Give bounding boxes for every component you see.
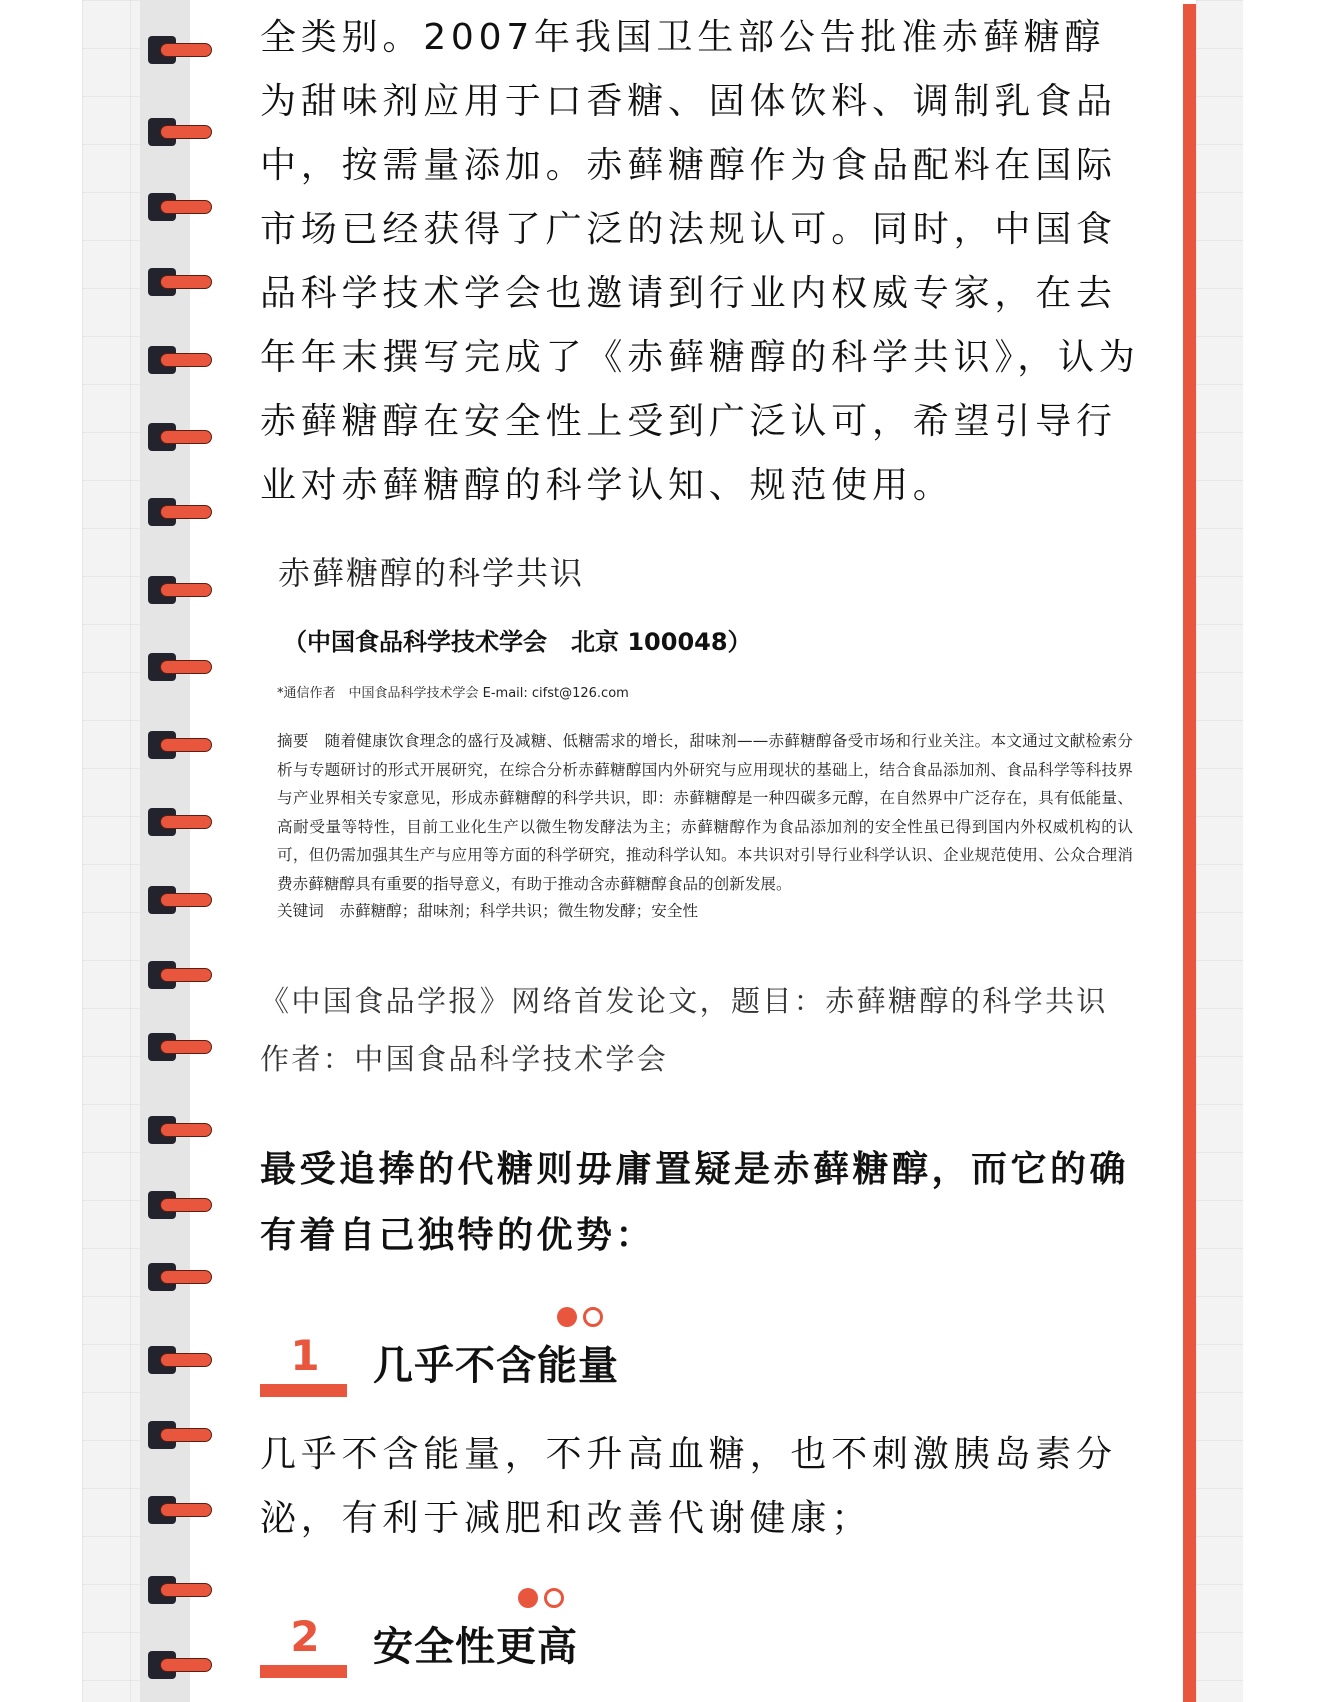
- ring-wire-icon: [160, 353, 212, 367]
- ring-wire-icon: [160, 893, 212, 907]
- paper-correspondence: *通信作者 中国食品科学技术学会 E-mail: cifst@126.com: [277, 682, 629, 701]
- binding-ring-icon: [148, 1421, 214, 1449]
- filled-dot-icon: [557, 1307, 577, 1327]
- binding-ring-icon: [148, 886, 214, 914]
- paper-affiliation: （中国食品科学技术学会 北京 100048）: [283, 622, 752, 657]
- ring-wire-icon: [160, 1353, 212, 1367]
- lead-heading: 最受追捧的代糖则毋庸置疑是赤藓糖醇，而它的确有着自己独特的优势：: [260, 1137, 1145, 1269]
- accent-border: [1183, 4, 1196, 1702]
- binding-ring-icon: [148, 1191, 214, 1219]
- binding-ring-icon: [148, 498, 214, 526]
- binding-ring-icon: [148, 1263, 214, 1291]
- paper-texture-left: [82, 0, 140, 1702]
- paper-keywords: 关键词 赤藓糖醇；甜味剂；科学共识；微生物发酵；安全性: [277, 899, 698, 921]
- ring-wire-icon: [160, 200, 212, 214]
- binding-ring-icon: [148, 346, 214, 374]
- binding-ring-icon: [148, 193, 214, 221]
- intro-paragraph: 全类别。2007年我国卫生部公告批准赤藓糖醇为甜味剂应用于口香糖、固体饮料、调制…: [260, 6, 1140, 518]
- ring-wire-icon: [160, 1583, 212, 1597]
- ring-dot-icon: [544, 1588, 564, 1608]
- section-number: 1: [290, 1332, 320, 1380]
- ring-wire-icon: [160, 1198, 212, 1212]
- ring-wire-icon: [160, 1270, 212, 1284]
- ring-wire-icon: [160, 1123, 212, 1137]
- section-header-1: 1 几乎不含能量: [260, 1332, 760, 1412]
- ring-wire-icon: [160, 968, 212, 982]
- section-underline: [260, 1665, 347, 1678]
- ring-wire-icon: [160, 660, 212, 674]
- image-caption: 《中国食品学报》网络首发论文，题目：赤藓糖醇的科学共识 作者：中国食品科学技术学…: [260, 972, 1140, 1088]
- filled-dot-icon: [518, 1588, 538, 1608]
- paper-abstract: 摘要 随着健康饮食理念的盛行及减糖、低糖需求的增长，甜味剂——赤藓糖醇备受市场和…: [277, 727, 1133, 898]
- section-underline: [260, 1384, 347, 1397]
- binding-ring-icon: [148, 1576, 214, 1604]
- binding-ring-icon: [148, 731, 214, 759]
- section-title: 几乎不含能量: [373, 1342, 619, 1390]
- section-header-2: 2 安全性更高: [260, 1613, 760, 1693]
- binding-ring-icon: [148, 423, 214, 451]
- ring-wire-icon: [160, 1658, 212, 1672]
- binding-ring-icon: [148, 1116, 214, 1144]
- ring-wire-icon: [160, 505, 212, 519]
- binding-ring-icon: [148, 961, 214, 989]
- ring-wire-icon: [160, 1428, 212, 1442]
- ring-wire-icon: [160, 275, 212, 289]
- paper-texture-right: [1196, 0, 1243, 1702]
- ring-wire-icon: [160, 583, 212, 597]
- binding-ring-icon: [148, 36, 214, 64]
- section-number: 2: [290, 1613, 320, 1661]
- binding-ring-icon: [148, 268, 214, 296]
- binding-ring-icon: [148, 1496, 214, 1524]
- ring-dot-icon: [583, 1307, 603, 1327]
- binding-ring-icon: [148, 576, 214, 604]
- ring-wire-icon: [160, 1040, 212, 1054]
- section-body-1: 几乎不含能量，不升高血糖，也不刺激胰岛素分泌，有利于减肥和改善代谢健康；: [260, 1423, 1140, 1551]
- ring-wire-icon: [160, 125, 212, 139]
- binding-ring-icon: [148, 1346, 214, 1374]
- ring-wire-icon: [160, 1503, 212, 1517]
- ring-wire-icon: [160, 815, 212, 829]
- ring-wire-icon: [160, 430, 212, 444]
- ring-wire-icon: [160, 738, 212, 752]
- binding-ring-icon: [148, 1033, 214, 1061]
- ring-wire-icon: [160, 43, 212, 57]
- binding-ring-icon: [148, 1651, 214, 1679]
- binding-ring-icon: [148, 808, 214, 836]
- binding-ring-icon: [148, 118, 214, 146]
- binding-ring-icon: [148, 653, 214, 681]
- paper-title: 赤藓糖醇的科学共识: [278, 548, 584, 594]
- section-title: 安全性更高: [373, 1623, 578, 1671]
